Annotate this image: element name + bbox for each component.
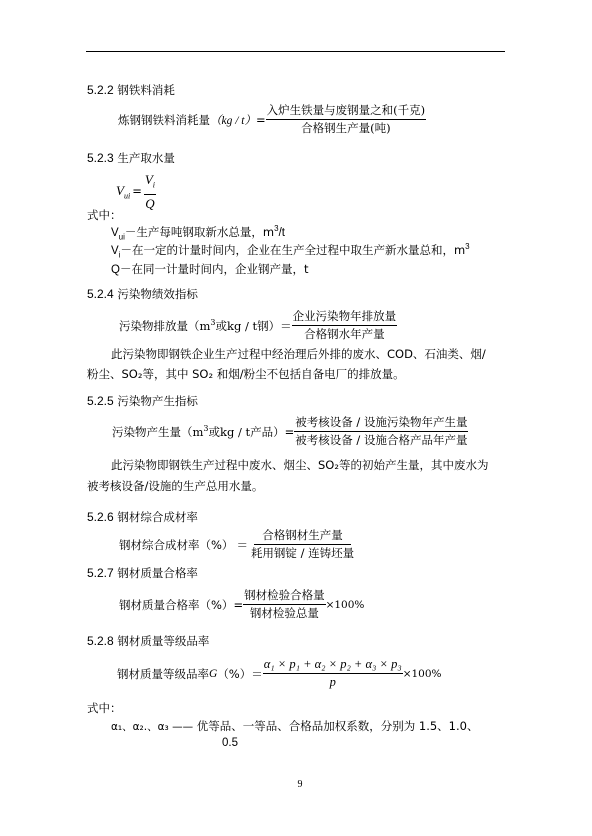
section-title: 钢材质量合格率 bbox=[117, 566, 198, 580]
numerator: 企业污染物年排放量 bbox=[292, 309, 398, 326]
formula-water-intake: Vui = Vi Q bbox=[116, 172, 156, 211]
page-number: 9 bbox=[298, 779, 303, 790]
denominator: Q bbox=[145, 195, 154, 211]
formula-steel-material-consumption: 炼钢钢铁料消耗量 （kg / t） = 入炉生铁量与废钢量之和(千克) 合格钢生… bbox=[118, 103, 426, 136]
formula-qualification-rate: 钢材质量合格率（%） = 钢材检验合格量 钢材检验总量 ×100% bbox=[119, 588, 364, 621]
fraction: 合格钢材生产量 耗用钢锭 / 连铸坯量 bbox=[251, 528, 354, 561]
fraction: Vi Q bbox=[144, 172, 156, 211]
definition-text: 优等品、一等品、合格品加权系数，分别为 1.5、1.0、 bbox=[197, 719, 479, 733]
equals-sign: = bbox=[256, 113, 266, 127]
numerator: 被考核设备 / 设施污染物年产生量 bbox=[294, 415, 468, 432]
equals-sign: = bbox=[285, 425, 295, 439]
fraction: 企业污染物年排放量 合格钢水年产量 bbox=[292, 309, 398, 342]
definition-continuation: 0.5 bbox=[222, 737, 238, 749]
section-heading-5-2-7: 5.2.7 钢材质量合格率 bbox=[87, 565, 198, 581]
formula-lhs: 炼钢钢铁料消耗量 bbox=[118, 112, 210, 128]
formula-lhs: 钢材综合成材率（%） bbox=[119, 537, 233, 553]
section-number: 5.2.3 bbox=[87, 151, 114, 165]
section-number: 5.2.8 bbox=[87, 634, 114, 648]
formula-multiplier: ×100% bbox=[326, 599, 365, 611]
formula-yield-rate: 钢材综合成材率（%） ＝ 合格钢材生产量 耗用钢锭 / 连铸坯量 bbox=[119, 528, 354, 561]
formula-unit: （%） bbox=[217, 666, 251, 682]
symbol: V bbox=[111, 245, 119, 257]
numerator: 钢材检验合格量 bbox=[243, 588, 326, 605]
section-title: 污染物绩效指标 bbox=[117, 287, 198, 301]
symbol: Q bbox=[111, 264, 120, 276]
denominator: 合格钢水年产量 bbox=[304, 326, 385, 342]
section-number: 5.2.7 bbox=[87, 566, 114, 580]
fraction: 被考核设备 / 设施污染物年产生量 被考核设备 / 设施合格产品年产量 bbox=[294, 415, 468, 448]
header-rule bbox=[86, 51, 505, 52]
fraction: α₁ × p₁ + α₂ × p₂ + α₃ × p₃ p bbox=[263, 657, 403, 690]
denominator: 被考核设备 / 设施合格产品年产量 bbox=[295, 432, 467, 448]
equals-sign: = bbox=[233, 598, 243, 612]
superscript: 3 bbox=[465, 242, 469, 251]
denominator: p bbox=[330, 674, 336, 690]
denominator: 耗用钢锭 / 连铸坯量 bbox=[251, 545, 354, 561]
definition-vui: Vui－生产每吨钢取新水总量，m3/t bbox=[111, 224, 285, 241]
equals-sign: ＝ bbox=[280, 318, 292, 334]
numerator: 入炉生铁量与废钢量之和(千克) bbox=[266, 103, 426, 120]
alpha-symbols: α₁、α₂.、α₃ —— bbox=[111, 721, 193, 733]
numerator: 合格钢材生产量 bbox=[254, 528, 351, 545]
section-heading-5-2-6: 5.2.6 钢材综合成材率 bbox=[87, 509, 198, 525]
section-title: 钢铁料消耗 bbox=[117, 83, 175, 97]
formula-pollutant-generation: 污染物产生量（m3或kg / t产品） = 被考核设备 / 设施污染物年产生量 … bbox=[112, 415, 468, 448]
definition-q: Q－在同一计量时间内，企业钢产量，t bbox=[111, 261, 308, 277]
definition-vi: Vi－在一定的计量时间内，企业在生产全过程中取生产新水量总和，m3 bbox=[111, 242, 470, 259]
section-title: 钢材质量等级品率 bbox=[117, 634, 209, 648]
equals-sign: ＝ bbox=[236, 537, 248, 553]
formula-lhs: 污染物产生量（m bbox=[112, 425, 203, 439]
equals-sign: ＝ bbox=[251, 666, 263, 682]
fraction: 入炉生铁量与废钢量之和(千克) 合格钢生产量(吨) bbox=[266, 103, 426, 136]
numerator: V bbox=[145, 172, 153, 187]
section-number: 5.2.5 bbox=[87, 394, 114, 408]
paragraph-line: 此污染物即钢铁生产过程中废水、烟尘、SO₂等的初始产生量，其中废水为 bbox=[111, 455, 488, 476]
section-title: 污染物产生指标 bbox=[117, 394, 198, 408]
definition-text: －在同一计量时间内，企业钢产量，t bbox=[120, 262, 309, 276]
fraction: 钢材检验合格量 钢材检验总量 bbox=[243, 588, 326, 621]
where-label: 式中： bbox=[87, 700, 122, 716]
formula-lhs-tail: 或kg / t钢） bbox=[216, 319, 281, 333]
formula-lhs: 钢材质量合格率（%） bbox=[119, 597, 233, 613]
symbol: V bbox=[111, 227, 119, 239]
formula-lhs: 污染物排放量（m bbox=[119, 319, 210, 333]
definition-text: －生产每吨钢取新水总量，m bbox=[125, 225, 274, 239]
formula-grade-rate: 钢材质量等级品率 G （%） ＝ α₁ × p₁ + α₂ × p₂ + α₃ … bbox=[117, 657, 442, 690]
paragraph-line: 粉尘、SO₂等，其中 SO₂ 和烟/粉尘不包括自备电厂的排放量。 bbox=[87, 364, 405, 385]
formula-lhs: 钢材质量等级品率 bbox=[117, 666, 209, 682]
subscript: i bbox=[153, 181, 155, 190]
equals-sign: = bbox=[132, 184, 142, 198]
definition-text: －在一定的计量时间内，企业在生产全过程中取生产新水量总和，m bbox=[120, 243, 465, 257]
denominator: 钢材检验总量 bbox=[250, 605, 319, 621]
section-heading-5-2-5: 5.2.5 污染物产生指标 bbox=[87, 393, 198, 409]
numerator: α₁ × p₁ + α₂ × p₂ + α₃ × p₃ bbox=[263, 657, 403, 674]
section-heading-5-2-2: 5.2.2 钢铁料消耗 bbox=[87, 82, 175, 98]
section-title: 生产取水量 bbox=[117, 151, 175, 165]
denominator: 合格钢生产量(吨) bbox=[301, 120, 390, 136]
unit-tail: /t bbox=[279, 227, 285, 239]
section-heading-5-2-8: 5.2.8 钢材质量等级品率 bbox=[87, 633, 209, 649]
subscript: ui bbox=[124, 191, 130, 200]
paragraph-line: 此污染物即钢铁企业生产过程中经治理后外排的废水、COD、石油类、烟/ bbox=[111, 344, 486, 365]
formula-pollutant-emission: 污染物排放量（m3或kg / t钢） ＝ 企业污染物年排放量 合格钢水年产量 bbox=[119, 309, 397, 342]
where-label: 式中： bbox=[87, 207, 122, 223]
formula-variable: G bbox=[209, 668, 217, 680]
section-heading-5-2-3: 5.2.3 生产取水量 bbox=[87, 150, 175, 166]
formula-unit: （kg / t） bbox=[210, 112, 256, 128]
section-number: 5.2.6 bbox=[87, 510, 114, 524]
section-number: 5.2.4 bbox=[87, 287, 114, 301]
formula-lhs: V bbox=[116, 183, 124, 198]
section-heading-5-2-4: 5.2.4 污染物绩效指标 bbox=[87, 286, 198, 302]
formula-multiplier: ×100% bbox=[403, 668, 442, 680]
definition-alpha: α₁、α₂.、α₃ —— 优等品、一等品、合格品加权系数，分别为 1.5、1.0… bbox=[111, 718, 478, 734]
section-number: 5.2.2 bbox=[87, 83, 114, 97]
paragraph-line: 被考核设备/设施的生产总用水量。 bbox=[87, 476, 263, 497]
formula-lhs-tail: 或kg / t产品） bbox=[209, 425, 285, 439]
section-title: 钢材综合成材率 bbox=[117, 510, 198, 524]
